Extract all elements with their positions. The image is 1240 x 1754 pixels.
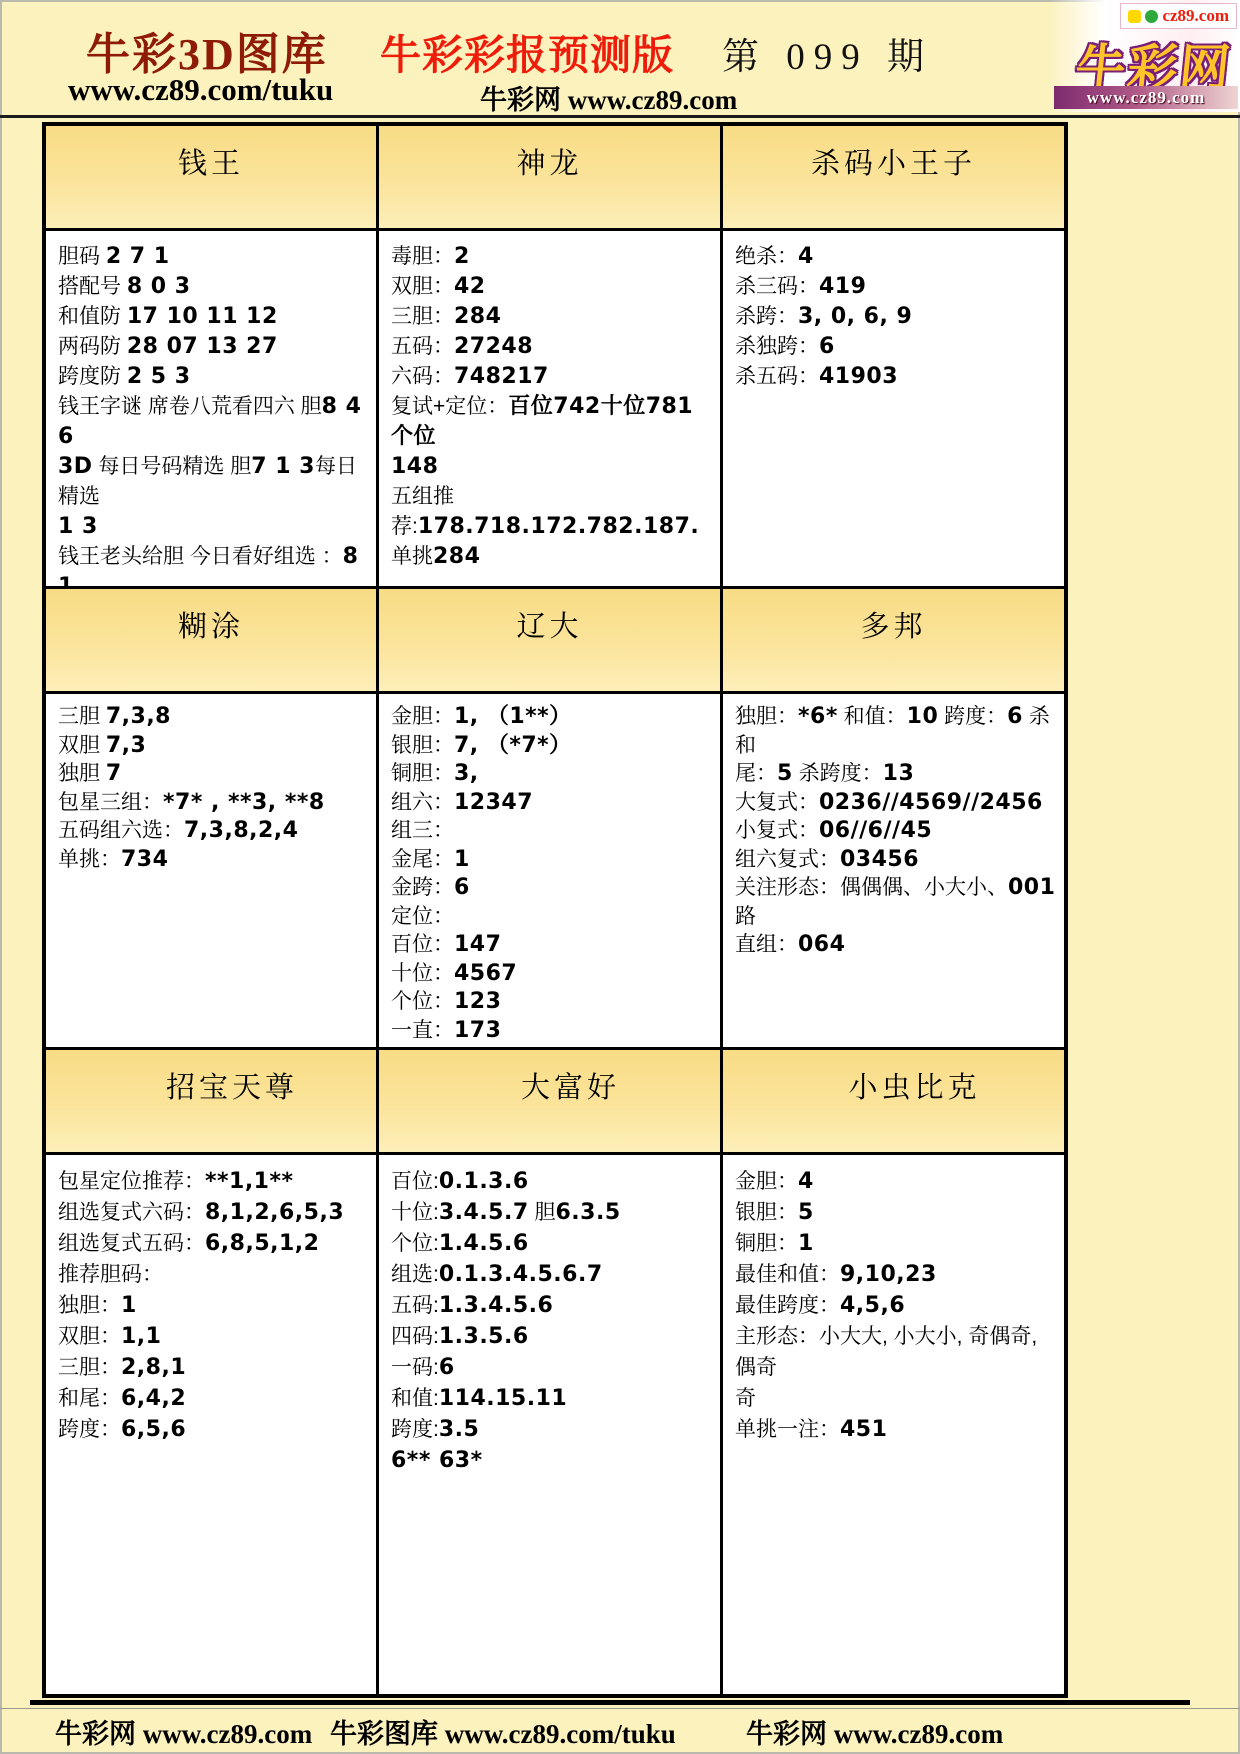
prediction-value: 28 07 13 27 — [127, 334, 278, 359]
prediction-line: 杀独跨：6 — [735, 332, 1056, 362]
prediction-label: 胆码 — [58, 245, 106, 268]
prediction-label: 杀独跨： — [735, 335, 819, 358]
prediction-line: 铜胆：1 — [735, 1228, 1056, 1259]
prediction-label: 钱王字谜 席卷八荒看四六 胆 — [58, 395, 322, 418]
prediction-label: 银胆： — [735, 1201, 798, 1224]
prediction-line: 双胆：1,1 — [58, 1321, 368, 1352]
prediction-label: 路 — [735, 905, 756, 928]
prediction-value: 1.4.5.6 — [439, 1231, 529, 1256]
prediction-label: 一直： — [391, 1019, 454, 1042]
prediction-label: 组选复式五码： — [58, 1232, 205, 1255]
prediction-value: 13 — [883, 761, 915, 786]
prediction-value: 419 — [819, 274, 866, 299]
prediction-label: 双胆 — [58, 734, 106, 757]
prediction-label: 组六复式： — [735, 848, 840, 871]
prediction-line: 包星定位推荐：**1,1** — [58, 1166, 368, 1197]
prediction-line: 双胆：42 — [391, 272, 712, 302]
prediction-value: 7 1 3 — [251, 454, 315, 479]
panel-小虫比克: 小虫比克金胆：4银胆：5铜胆：1最佳和值：9,10,23最佳跨度：4,5,6主形… — [723, 1050, 1064, 1694]
prediction-label: 杀三码： — [735, 275, 819, 298]
prediction-label: 胆 — [529, 1201, 556, 1224]
prediction-label: 跨度防 — [58, 365, 127, 388]
prediction-line: 钱王老头给胆 今日看好组选 ：8 1 — [58, 542, 368, 586]
prediction-line: 组选复式六码：8,1,2,6,5,3 — [58, 1197, 368, 1228]
prediction-label: 十位： — [391, 962, 454, 985]
prediction-value: 6,8,5,1,2 — [205, 1231, 319, 1256]
panel-content: 包星定位推荐：**1,1**组选复式六码：8,1,2,6,5,3组选复式五码：6… — [46, 1155, 376, 1694]
prediction-value: 4,5,6 — [840, 1293, 905, 1318]
prediction-value: 284 — [454, 304, 501, 329]
prediction-label: 三胆： — [391, 305, 454, 328]
prediction-line: 两码防 28 07 13 27 — [58, 332, 368, 362]
prediction-line: 双胆 7,3 — [58, 732, 368, 761]
prediction-value: 123 — [454, 989, 501, 1014]
prediction-value: 7,3,8,2,4 — [184, 818, 298, 843]
prediction-line: 和尾：6,4,2 — [58, 1383, 368, 1414]
prediction-label: 金胆： — [391, 705, 454, 728]
prediction-line: 和值防 17 10 11 12 — [58, 302, 368, 332]
panel-content: 胆码 2 7 1搭配号 8 0 3和值防 17 10 11 12两码防 28 0… — [46, 231, 376, 586]
prediction-value: 114.15.11 — [439, 1386, 567, 1411]
niucai-logo: cz89.com 牛彩网 www.cz89.com — [1048, 0, 1240, 112]
prediction-value: 3, 0, 6, 9 — [798, 304, 912, 329]
prediction-line: 金跨：6 — [391, 874, 712, 903]
prediction-label: 五码： — [391, 335, 454, 358]
badge-green-icon — [1145, 10, 1158, 23]
prediction-value: 6 — [454, 875, 470, 900]
panel-多邦: 多邦独胆：*6* 和值：10 跨度：6 杀和尾：5 杀跨度：13大复式：0236… — [723, 589, 1064, 1047]
prediction-value: 6 — [819, 334, 835, 359]
prediction-label: 五码组六选： — [58, 819, 184, 842]
prediction-label: 金跨： — [391, 876, 454, 899]
prediction-grid: 钱王胆码 2 7 1搭配号 8 0 3和值防 17 10 11 12两码防 28… — [42, 122, 1068, 1698]
prediction-label: 和值： — [838, 705, 907, 728]
panel-content: 三胆 7,3,8双胆 7,3独胆 7包星三组：*7* , **3, **8五码组… — [46, 694, 376, 1047]
prediction-line: 五组推荐:178.718.172.782.187. — [391, 482, 712, 542]
prediction-value: 5 — [798, 1200, 814, 1225]
prediction-value: 6,5,6 — [121, 1417, 186, 1442]
prediction-label: 单挑 — [391, 545, 433, 568]
prediction-value: 27248 — [454, 334, 533, 359]
prediction-line: 五码:1.3.4.5.6 — [391, 1290, 712, 1321]
prediction-value: 4 — [798, 1169, 814, 1194]
prediction-line: 直组：064 — [735, 931, 1056, 960]
prediction-line: 大复式：0236//4569//2456 — [735, 789, 1056, 818]
prediction-value: 8 0 3 — [127, 274, 191, 299]
prediction-line: 独胆：*6* 和值：10 跨度：6 杀和 — [735, 703, 1056, 760]
prediction-label: 和值: — [391, 1387, 439, 1410]
prediction-value: 748217 — [454, 364, 549, 389]
prediction-line: 主形态：小大大, 小大小, 奇偶奇, 偶奇 — [735, 1321, 1056, 1383]
prediction-value: 6** 63* — [391, 1448, 483, 1473]
prediction-label: 奇 — [735, 1387, 756, 1410]
prediction-value: 06//6//45 — [819, 818, 932, 843]
site-url-main: 牛彩网 www.cz89.com — [480, 78, 737, 117]
prediction-line: 奇 — [735, 1383, 1056, 1414]
prediction-value: 4 — [798, 244, 814, 269]
prediction-label: 跨度: — [391, 1418, 439, 1441]
prediction-value: 17 10 11 12 — [127, 304, 278, 329]
prediction-label: 金胆： — [735, 1170, 798, 1193]
prediction-value: *6* — [798, 704, 838, 729]
prediction-line: 独胆：1 — [58, 1290, 368, 1321]
footer-url-left: 牛彩网 www.cz89.com — [55, 1712, 312, 1751]
lottery-bulletin-page: { "header": { "title_left": "牛彩3D图库", "t… — [0, 0, 1240, 1754]
prediction-line: 百位：147 — [391, 931, 712, 960]
prediction-value: 148 — [391, 454, 438, 479]
prediction-label: 推荐胆码： — [58, 1263, 163, 1286]
prediction-line: 最佳和值：9,10,23 — [735, 1259, 1056, 1290]
prediction-line: 148 — [391, 452, 712, 482]
prediction-line: 组三： — [391, 817, 712, 846]
panel-杀码小王子: 杀码小王子绝杀：4杀三码：419杀跨：3, 0, 6, 9杀独跨：6杀五码：41… — [723, 126, 1064, 586]
prediction-line: 跨度防 2 5 3 — [58, 362, 368, 392]
prediction-line: 五码：27248 — [391, 332, 712, 362]
prediction-line: 四码:1.3.5.6 — [391, 1321, 712, 1352]
prediction-value: 3, — [454, 761, 479, 786]
prediction-label: 杀跨度： — [793, 762, 883, 785]
prediction-value: 2,8,1 — [121, 1355, 186, 1380]
prediction-value: 8,1,2,6,5,3 — [205, 1200, 344, 1225]
prediction-label: 杀跨： — [735, 305, 798, 328]
prediction-value: 6 — [439, 1355, 455, 1380]
prediction-label: 组选复式六码： — [58, 1201, 205, 1224]
prediction-line: 包星三组：*7* , **3, **8 — [58, 789, 368, 818]
prediction-line: 十位:3.4.5.7 胆6.3.5 — [391, 1197, 712, 1228]
prediction-label: 独胆 — [58, 762, 106, 785]
prediction-line: 尾：5 杀跨度：13 — [735, 760, 1056, 789]
prediction-value: 6 — [1007, 704, 1023, 729]
panel-content: 百位:0.1.3.6十位:3.4.5.7 胆6.3.5个位:1.4.5.6组选:… — [379, 1155, 720, 1694]
prediction-value: 03456 — [840, 847, 919, 872]
panel-title: 多邦 — [723, 589, 1064, 694]
prediction-line: 一码:6 — [391, 1352, 712, 1383]
prediction-line: 六码：748217 — [391, 362, 712, 392]
prediction-line: 1 3 — [58, 512, 368, 542]
prediction-line: 组六复式：03456 — [735, 846, 1056, 875]
prediction-line: 和值:114.15.11 — [391, 1383, 712, 1414]
prediction-line: 金胆：1, （1**） — [391, 703, 712, 732]
prediction-line: 十位：4567 — [391, 960, 712, 989]
prediction-value: 5 — [777, 761, 793, 786]
prediction-value: 42 — [454, 274, 486, 299]
prediction-label: 六码： — [391, 365, 454, 388]
prediction-label: 单挑： — [58, 848, 121, 871]
prediction-label: 包星三组： — [58, 791, 163, 814]
prediction-line: 跨度:3.5 — [391, 1414, 712, 1445]
prediction-line: 铜胆：3, — [391, 760, 712, 789]
prediction-line: 三胆：284 — [391, 302, 712, 332]
prediction-value: 41903 — [819, 364, 898, 389]
prediction-label: 毒胆： — [391, 245, 454, 268]
prediction-label: 和尾： — [58, 1387, 121, 1410]
footer-divider-thin — [0, 1708, 1240, 1709]
prediction-line: 独胆 7 — [58, 760, 368, 789]
prediction-label: 最佳跨度： — [735, 1294, 840, 1317]
issue-number: 第 099 期 — [722, 26, 933, 80]
panel-title: 大富好 — [379, 1050, 720, 1155]
prediction-label: 组三： — [391, 819, 454, 842]
prediction-label: 两码防 — [58, 335, 127, 358]
panel-招宝天尊: 招宝天尊包星定位推荐：**1,1**组选复式六码：8,1,2,6,5,3组选复式… — [46, 1050, 376, 1694]
prediction-label: 铜胆： — [391, 762, 454, 785]
panel-title: 辽大 — [379, 589, 720, 694]
prediction-line: 组选:0.1.3.4.5.6.7 — [391, 1259, 712, 1290]
prediction-label: 独胆： — [735, 705, 798, 728]
prediction-label: 银胆： — [391, 734, 454, 757]
prediction-label: 铜胆： — [735, 1232, 798, 1255]
panel-title: 杀码小王子 — [723, 126, 1064, 231]
prediction-label: 个位： — [391, 990, 454, 1013]
prediction-value: 2 5 3 — [127, 364, 191, 389]
prediction-line: 组六：12347 — [391, 789, 712, 818]
prediction-line: 3D 每日号码精选 胆7 1 3每日精选 — [58, 452, 368, 512]
prediction-line: 金尾：1 — [391, 846, 712, 875]
prediction-line: 银胆：5 — [735, 1197, 1056, 1228]
prediction-value: 7 — [106, 761, 122, 786]
prediction-value: 734 — [121, 847, 168, 872]
prediction-line: 跨度：6,5,6 — [58, 1414, 368, 1445]
prediction-label: 四码: — [391, 1325, 439, 1348]
prediction-line: 关注形态：偶偶偶、小大小、001路 — [735, 874, 1056, 931]
prediction-value: 147 — [454, 932, 501, 957]
prediction-line: 搭配号 8 0 3 — [58, 272, 368, 302]
footer-url-center: 牛彩图库 www.cz89.com/tuku — [330, 1712, 676, 1751]
prediction-line: 银胆：7, （*7*） — [391, 732, 712, 761]
prediction-line: 最佳跨度：4,5,6 — [735, 1290, 1056, 1321]
prediction-value: 1.3.4.5.6 — [439, 1293, 553, 1318]
prediction-line: 一直：173 — [391, 1017, 712, 1046]
prediction-line: 绝杀：4 — [735, 242, 1056, 272]
prediction-value: 001 — [1008, 875, 1055, 900]
prediction-label: 每日号码精选 胆 — [93, 455, 252, 478]
prediction-label: 复试+定位： — [391, 395, 508, 418]
prediction-line: 6** 63* — [391, 1445, 712, 1476]
prediction-line: 小复式：06//6//45 — [735, 817, 1056, 846]
prediction-value: 0.1.3.6 — [439, 1169, 529, 1194]
prediction-label: 百位: — [391, 1170, 439, 1193]
prediction-value: 0236//4569//2456 — [819, 790, 1043, 815]
prediction-value: 9,10,23 — [840, 1262, 937, 1287]
prediction-label: 个位: — [391, 1232, 439, 1255]
prediction-label: 组选: — [391, 1263, 439, 1286]
prediction-value: 1.3.5.6 — [439, 1324, 529, 1349]
prediction-value: 064 — [798, 932, 845, 957]
prediction-label: 包星定位推荐： — [58, 1170, 205, 1193]
footer: 牛彩网 www.cz89.com 牛彩图库 www.cz89.com/tuku … — [0, 1712, 1240, 1752]
prediction-label: 尾： — [735, 762, 777, 785]
prediction-value: 1, （1**） — [454, 704, 572, 729]
prediction-value: 7,3 — [106, 733, 146, 758]
prediction-line: 推荐胆码： — [58, 1259, 368, 1290]
prediction-value: 1 — [121, 1293, 137, 1318]
panel-content: 绝杀：4杀三码：419杀跨：3, 0, 6, 9杀独跨：6杀五码：41903 — [723, 231, 1064, 586]
prediction-value: 0.1.3.4.5.6.7 — [439, 1262, 603, 1287]
prediction-label: 金尾： — [391, 848, 454, 871]
panel-title: 糊涂 — [46, 589, 376, 694]
prediction-line: 百位:0.1.3.6 — [391, 1166, 712, 1197]
prediction-label: 双胆： — [58, 1325, 121, 1348]
prediction-label: 最佳和值： — [735, 1263, 840, 1286]
prediction-line: 复试+定位：百位742十位781个位 — [391, 392, 712, 452]
panel-大富好: 大富好百位:0.1.3.6十位:3.4.5.7 胆6.3.5个位:1.4.5.6… — [379, 1050, 720, 1694]
prediction-label: 定位： — [391, 905, 454, 928]
prediction-value: **1,1** — [205, 1169, 294, 1194]
prediction-label: 三胆： — [58, 1356, 121, 1379]
panel-content: 毒胆：2双胆：42三胆：284五码：27248六码：748217复试+定位：百位… — [379, 231, 720, 586]
prediction-value: 7, （*7*） — [454, 733, 572, 758]
prediction-line: 定位： — [391, 903, 712, 932]
prediction-line: 杀五码：41903 — [735, 362, 1056, 392]
prediction-line: 单挑284 — [391, 542, 712, 572]
prediction-label: 跨度： — [938, 705, 1007, 728]
prediction-line: 三胆 7,3,8 — [58, 703, 368, 732]
prediction-value: 284 — [433, 544, 480, 569]
prediction-label: 双胆： — [391, 275, 454, 298]
prediction-value: 6.3.5 — [556, 1200, 621, 1225]
prediction-value: 1,1 — [121, 1324, 161, 1349]
footer-divider — [30, 1700, 1190, 1705]
panel-title: 小虫比克 — [723, 1050, 1064, 1155]
prediction-line: 金胆：4 — [735, 1166, 1056, 1197]
panel-神龙: 神龙毒胆：2双胆：42三胆：284五码：27248六码：748217复试+定位：… — [379, 126, 720, 586]
prediction-line: 杀跨：3, 0, 6, 9 — [735, 302, 1056, 332]
prediction-label: 独胆： — [58, 1294, 121, 1317]
prediction-label: 直组： — [735, 933, 798, 956]
prediction-value: 6,4,2 — [121, 1386, 186, 1411]
prediction-line: 三胆：2,8,1 — [58, 1352, 368, 1383]
panel-title: 神龙 — [379, 126, 720, 231]
prediction-label: 单挑一注： — [735, 1418, 840, 1441]
prediction-label: 钱王老头给胆 今日看好组选 ： — [58, 545, 343, 568]
prediction-value: 3.4.5.7 — [439, 1200, 529, 1225]
prediction-value: 7,3,8 — [106, 704, 171, 729]
prediction-label: 小复式： — [735, 819, 819, 842]
prediction-label: 杀五码： — [735, 365, 819, 388]
prediction-label: 一码: — [391, 1356, 439, 1379]
panel-content: 金胆：4银胆：5铜胆：1最佳和值：9,10,23最佳跨度：4,5,6主形态：小大… — [723, 1155, 1064, 1694]
prediction-label: 五码: — [391, 1294, 439, 1317]
footer-url-right: 牛彩网 www.cz89.com — [746, 1712, 1003, 1751]
prediction-value: *7* , **3, **8 — [163, 790, 325, 815]
prediction-value: 173 — [454, 1018, 501, 1043]
masthead: 牛彩3D图库 牛彩彩报预测版 第 099 期 www.cz89.com/tuku… — [0, 0, 1240, 118]
prediction-line: 个位:1.4.5.6 — [391, 1228, 712, 1259]
prediction-value: 3.5 — [439, 1417, 479, 1442]
prediction-line: 五码组六选：7,3,8,2,4 — [58, 817, 368, 846]
badge-url: cz89.com — [1162, 6, 1229, 26]
prediction-line: 杀三码：419 — [735, 272, 1056, 302]
prediction-label: 跨度： — [58, 1418, 121, 1441]
panel-content: 金胆：1, （1**）银胆：7, （*7*）铜胆：3,组六：12347组三：金尾… — [379, 694, 720, 1047]
prediction-value: 10 — [907, 704, 939, 729]
prediction-value: 2 — [454, 244, 470, 269]
panel-title: 招宝天尊 — [46, 1050, 376, 1155]
prediction-label: 搭配号 — [58, 275, 127, 298]
prediction-label: 主形态：小大大, 小大小, 奇偶奇, 偶奇 — [735, 1325, 1037, 1379]
prediction-value: 1 — [798, 1231, 814, 1256]
prediction-value: 12347 — [454, 790, 533, 815]
prediction-line: 毒胆：2 — [391, 242, 712, 272]
panel-content: 独胆：*6* 和值：10 跨度：6 杀和尾：5 杀跨度：13大复式：0236//… — [723, 694, 1064, 1047]
prediction-value: 2 7 1 — [106, 244, 170, 269]
badge-yellow-icon — [1128, 10, 1141, 23]
prediction-line: 单挑一注：451 — [735, 1414, 1056, 1445]
prediction-label: 三胆 — [58, 705, 106, 728]
prediction-line: 胆码 2 7 1 — [58, 242, 368, 272]
edition-title: 牛彩彩报预测版 — [380, 22, 674, 81]
prediction-value: 1 — [454, 847, 470, 872]
prediction-value: 178.718.172.782.187. — [418, 514, 699, 539]
prediction-value: 451 — [840, 1417, 887, 1442]
logo-badge: cz89.com — [1120, 3, 1237, 29]
prediction-line: 个位：123 — [391, 988, 712, 1017]
panel-辽大: 辽大金胆：1, （1**）银胆：7, （*7*）铜胆：3,组六：12347组三：… — [379, 589, 720, 1047]
panel-钱王: 钱王胆码 2 7 1搭配号 8 0 3和值防 17 10 11 12两码防 28… — [46, 126, 376, 586]
prediction-label: 十位: — [391, 1201, 439, 1224]
panel-title: 钱王 — [46, 126, 376, 231]
prediction-label: 百位： — [391, 933, 454, 956]
prediction-value: 3D — [58, 454, 93, 479]
prediction-value: 4567 — [454, 961, 517, 986]
site-url-tuku: www.cz89.com/tuku — [68, 72, 333, 108]
prediction-line: 钱王字谜 席卷八荒看四六 胆8 4 6 — [58, 392, 368, 452]
panel-糊涂: 糊涂三胆 7,3,8双胆 7,3独胆 7包星三组：*7* , **3, **8五… — [46, 589, 376, 1047]
prediction-label: 关注形态：偶偶偶、小大小、 — [735, 876, 1008, 899]
prediction-label: 绝杀： — [735, 245, 798, 268]
prediction-value: 1 3 — [58, 514, 98, 539]
prediction-line: 组选复式五码：6,8,5,1,2 — [58, 1228, 368, 1259]
prediction-label: 和值防 — [58, 305, 127, 328]
prediction-label: 大复式： — [735, 791, 819, 814]
prediction-line: 单挑：734 — [58, 846, 368, 875]
prediction-label: 组六： — [391, 791, 454, 814]
logo-url-bar: www.cz89.com — [1054, 86, 1238, 109]
